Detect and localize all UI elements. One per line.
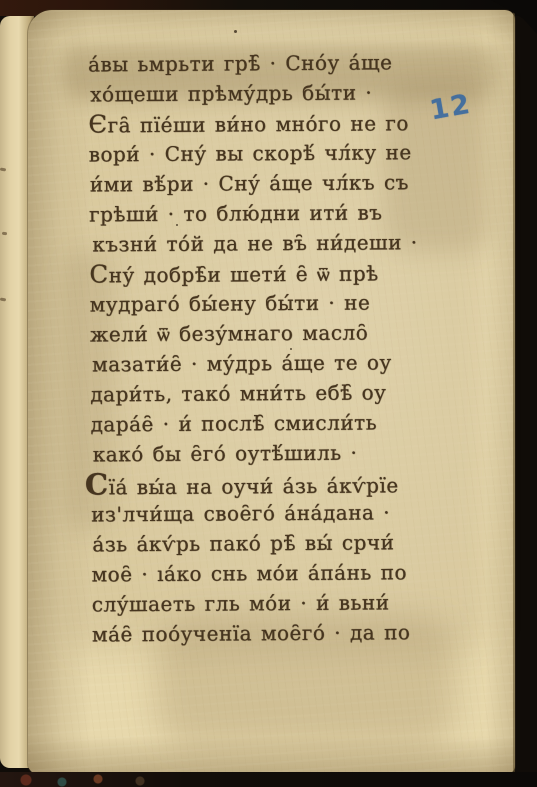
manuscript-text-block: а́вы ьмрьти грѣ̑ · Сно́у а́ще хо́щеши пр… [88,47,504,650]
fore-edge-line [513,10,515,774]
manuscript-line: дара́е̑ · и́ послѣ̑ смисли́ть [90,407,502,440]
facing-page-ink-mark [0,298,6,302]
book-fore-edge [513,8,537,787]
manuscript-line: къзни́ то́й да не въ̑ ни́деши · [92,227,501,260]
manuscript-line: грѣши́ · то блю́дни ити́ въ [89,197,501,230]
manuscript-line: слу́шаеть гль мо́и · и́ вьни́ [92,587,504,620]
facing-page-ink-mark [0,168,6,172]
manuscript-line: дари́ть, тако́ мни́ть ебѣ̑ оу [90,377,502,410]
manuscript-line: жели́ ѿ безу́мнаго масло̑ [90,317,502,350]
manuscript-line: мое̑ · ıа́ко снь мо́и а́па́нь по [91,557,503,590]
manuscript-line: ма́е̑ поо́ученїа мое̑го́ · да по [92,617,504,650]
book-cover-bottom-edge [0,772,537,787]
manuscript-page: а́вы ьмрьти грѣ̑ · Сно́у а́ще хо́щеши пр… [28,10,515,774]
manuscript-line: а́зь а́кѵ́рь пако́ рѣ̑ вы́ срчи́ [92,527,503,560]
facing-page-ink-mark [2,232,7,236]
manuscript-line: мудраго́ бы́ену бы́ти · не [90,287,502,320]
manuscript-line: Сну́ добрѣ̑и шети́ е̑ ѿ прѣ [89,257,501,290]
manuscript-line: и́ми вѣ́ри · Сну́ а́ще чл́къ съ [90,167,501,200]
manuscript-line: из'лчи́ща свое̑го́ а́на́дана · [91,497,503,530]
ink-speck [234,30,237,33]
manuscript-line: мазати́е̑ · му́дрь а́ще те оу [92,347,502,380]
manuscript-line: Сїа́ вы́а на оучи́ а́зь а́кѵ́рїе [85,467,503,500]
manuscript-line: вори́ · Сну́ вы скорѣ́ чл́ку не [89,137,501,170]
manuscript-line: а́вы ьмрьти грѣ̑ · Сно́у а́ще [88,47,500,80]
manuscript-line: како́ бы е̑го́ оутѣ́шиль · [93,437,503,470]
